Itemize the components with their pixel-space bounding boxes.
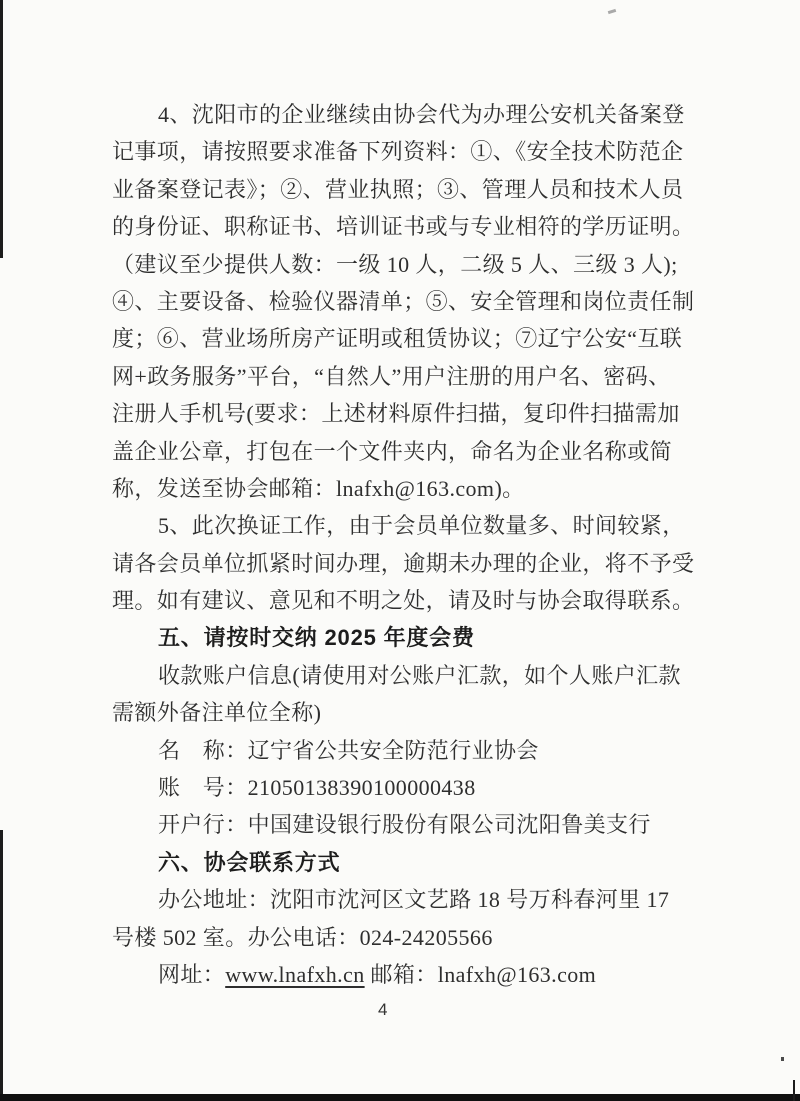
page-number: 4 bbox=[378, 1000, 387, 1020]
scan-edge-left-top bbox=[0, 0, 3, 258]
text-line: 账 号：21050138390100000438 bbox=[112, 769, 698, 806]
text-line: （建议至少提供人数：一级 10 人，二级 5 人、三级 3 人); bbox=[112, 246, 698, 283]
text-line: 5、此次换证工作，由于会员单位数量多、时间较紧， bbox=[112, 507, 698, 544]
text-segment: 邮箱：lnafxh@163.com bbox=[365, 962, 597, 987]
text-line: 盖企业公章，打包在一个文件夹内，命名为企业名称或简 bbox=[112, 433, 698, 470]
scan-edge-right-bottom bbox=[793, 1080, 795, 1101]
scan-edge-left-bottom bbox=[0, 830, 3, 1101]
text-segment: 网址： bbox=[158, 962, 225, 987]
text-line: 度；⑥、营业场所房产证明或租赁协议；⑦辽宁公安“互联 bbox=[112, 320, 698, 357]
scanned-document-page: 4、沈阳市的企业继续由协会代为办理公安机关备案登记事项，请按照要求准备下列资料：… bbox=[0, 0, 800, 1101]
text-line: 请各会员单位抓紧时间办理，逾期未办理的企业，将不予受 bbox=[112, 545, 698, 582]
text-line: 注册人手机号(要求：上述材料原件扫描，复印件扫描需加 bbox=[112, 395, 698, 432]
text-line: 业备案登记表》；②、营业执照；③、管理人员和技术人员 bbox=[112, 171, 698, 208]
text-line: 收款账户信息(请使用对公账户汇款，如个人账户汇款 bbox=[112, 657, 698, 694]
text-line: 开户行：中国建设银行股份有限公司沈阳鲁美支行 bbox=[112, 806, 698, 843]
text-line: ④、主要设备、检验仪器清单；⑤、安全管理和岗位责任制 bbox=[112, 283, 698, 320]
text-line: 称，发送至协会邮箱：lnafxh@163.com)。 bbox=[112, 470, 698, 507]
text-line: 的身份证、职称证书、培训证书或与专业相符的学历证明。 bbox=[112, 208, 698, 245]
text-line: 名 称：辽宁省公共安全防范行业协会 bbox=[112, 732, 698, 769]
document-body: 4、沈阳市的企业继续由协会代为办理公安机关备案登记事项，请按照要求准备下列资料：… bbox=[112, 96, 698, 993]
text-line: 需额外备注单位全称) bbox=[112, 694, 698, 731]
text-line: 号楼 502 室。办公电话：024-24205566 bbox=[112, 919, 698, 956]
text-line: 网址：www.lnafxh.cn 邮箱：lnafxh@163.com bbox=[112, 956, 698, 993]
text-line: 记事项，请按照要求准备下列资料：①、《安全技术防范企 bbox=[112, 133, 698, 170]
text-line: 4、沈阳市的企业继续由协会代为办理公安机关备案登 bbox=[112, 96, 698, 133]
scan-speck bbox=[781, 1057, 784, 1061]
scan-speck bbox=[608, 9, 617, 14]
text-line: 网+政务服务”平台，“自然人”用户注册的用户名、密码、 bbox=[112, 358, 698, 395]
text-line: 理。如有建议、意见和不明之处，请及时与协会取得联系。 bbox=[112, 582, 698, 619]
section-heading: 六、协会联系方式 bbox=[112, 844, 698, 881]
scan-edge-bottom bbox=[0, 1094, 800, 1101]
section-heading: 五、请按时交纳 2025 年度会费 bbox=[112, 619, 698, 656]
text-line: 办公地址：沈阳市沈河区文艺路 18 号万科春河里 17 bbox=[112, 881, 698, 918]
website-url: www.lnafxh.cn bbox=[225, 962, 364, 987]
